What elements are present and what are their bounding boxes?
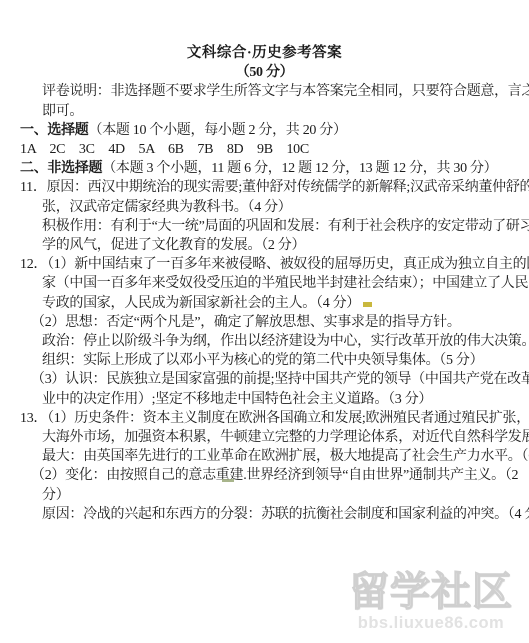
choice-answers-row: 1A 2C 3C 4D 5A 6B 7B 8D 9B 10C (0, 140, 529, 159)
section-choice-label: 一、选择题 (20, 123, 89, 138)
section-nonchoice-label: 二、非选择题 (20, 161, 102, 176)
answer-12-line: （2）思想：否定“两个凡是”，确定了解放思想、实事求是的指导方针。 (0, 313, 529, 332)
green-highlight-mark (222, 479, 234, 482)
grading-note-line: 即可。 (0, 102, 529, 121)
answer-12-line: 政治：停止以阶级斗争为纲，作出以经济建设为中心，实行改革开放的伟大决策。 (0, 332, 529, 351)
answer-13-line: （2）变化：由按照自己的意志重建.世界经济到领导“自由世界”通制共产主义。（2 (0, 466, 529, 485)
doc-total-score: （50 分） (0, 63, 529, 82)
answer-12-line: 12．（1）新中国结束了一百多年来被侵略、被奴役的屈辱历史，真正成为独立自主的国 (0, 255, 529, 274)
watermark-url: bbs.liuxue86.com (349, 614, 513, 633)
answer-12-line: （3）认识：民族独立是国家富强的前提;坚持中国共产党的领导（中国共产党在改革事 (0, 370, 529, 389)
answer-12-line: 业中的决定作用）;坚定不移地走中国特色社会主义道路。（3 分） (0, 390, 529, 409)
section-choice-meta: （本题 10 个小题，每小题 2 分，共 20 分） (89, 123, 347, 138)
answer-12-line: 家（中国一百多年来受奴役受压迫的半殖民地半封建社会结束）；中国建立了人民民主 (0, 274, 529, 293)
grading-note-line: 评卷说明：非选择题不要求学生所答文字与本答案完全相同，只要符合题意，言之成理 (0, 82, 529, 101)
answer-13-line: 原因：冷战的兴起和东西方的分裂：苏联的抗衡社会制度和国家利益的冲突。（4 分） (0, 505, 529, 524)
answer-11-line: 张，汉武帝定儒家经典为教科书。（4 分） (0, 198, 529, 217)
section-choice-heading: 一、选择题（本题 10 个小题，每小题 2 分，共 20 分） (0, 121, 529, 140)
answer-12-line: 专政的国家，人民成为新国家新社会的主人。（4 分） (0, 294, 529, 313)
doc-title: 文科综合·历史参考答案 (0, 44, 529, 63)
answer-11-line: 积极作用：有利于“大一统”局面的巩固和发展：有利于社会秩序的安定带动了研习儒 (0, 217, 529, 236)
answer-13-line: 13．（1）历史条件：资本主义制度在欧洲各国确立和发展;欧洲殖民者通过殖民扩张，… (0, 409, 529, 428)
watermark: 留学社区 bbs.liuxue86.com (349, 571, 513, 633)
answer-13-line: 大海外市场，加强资本积累，牛顿建立完整的力学理论体系，对近代自然科学发展影响 (0, 428, 529, 447)
answer-12-line: 组织：实际上形成了以邓小平为核心的党的第二代中央领导集体。（5 分） (0, 351, 529, 370)
yellow-highlight-mark (363, 302, 372, 307)
watermark-logo: 留学社区 (349, 571, 513, 613)
document-page: 文科综合·历史参考答案 （50 分） 评卷说明：非选择题不要求学生所答文字与本答… (0, 0, 529, 643)
section-nonchoice-meta: （本题 3 个小题，11 题 6 分，12 题 12 分，13 题 12 分，共… (102, 161, 497, 176)
section-nonchoice-heading: 二、非选择题（本题 3 个小题，11 题 6 分，12 题 12 分，13 题 … (0, 159, 529, 178)
answer-sheet: 文科综合·历史参考答案 （50 分） 评卷说明：非选择题不要求学生所答文字与本答… (0, 44, 529, 524)
answer-13-line: 分） (0, 486, 529, 505)
answer-11-line: 11．原因：西汉中期统治的现实需要;董仲舒对传统儒学的新解释;汉武帝采纳董仲舒的… (0, 178, 529, 197)
answer-13-line: 最大：由英国率先进行的工业革命在欧洲扩展，极大地提高了社会生产力水平。（6 分） (0, 447, 529, 466)
answer-12-line-text: 专政的国家，人民成为新国家新社会的主人。（4 分） (42, 296, 360, 311)
answer-11-line: 学的风气，促进了文化教育的发展。（2 分） (0, 236, 529, 255)
